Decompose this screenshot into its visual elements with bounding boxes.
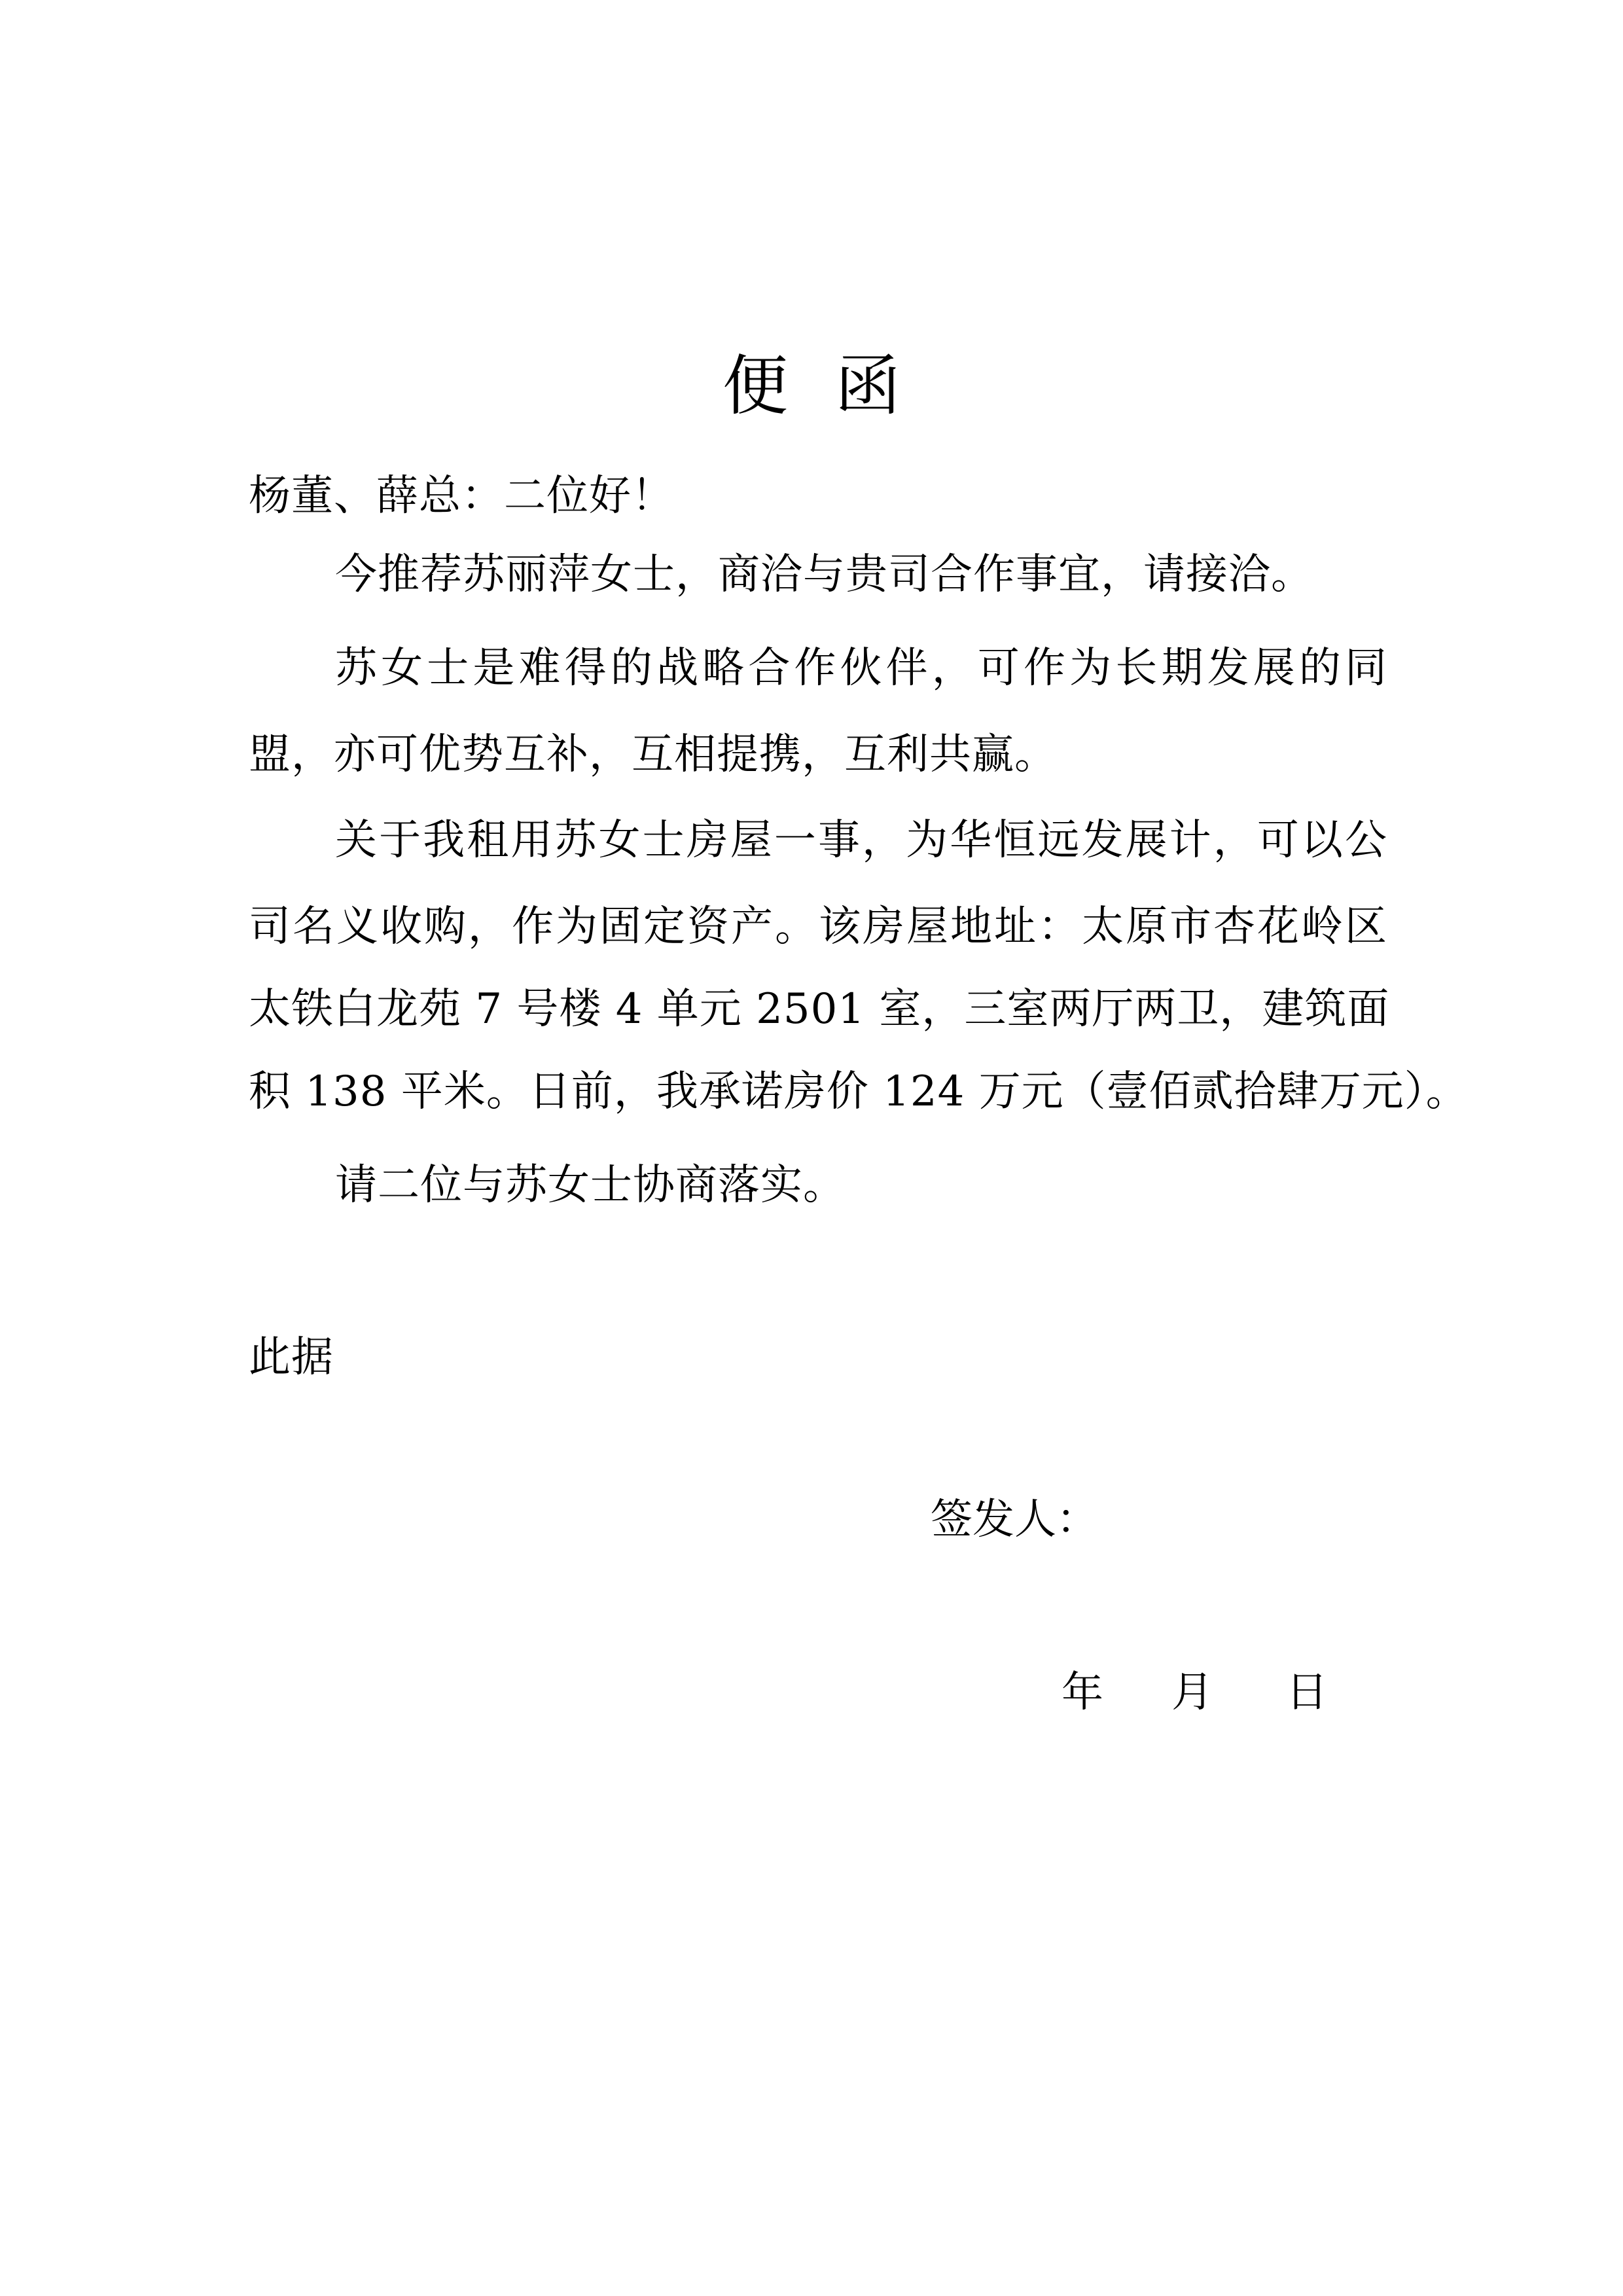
paragraph-3-line-3: 太铁白龙苑 7 号楼 4 单元 2501 室，三室两厅两卫，建筑面 [249,983,1387,1035]
date-year-label: 年 [1061,1666,1103,1719]
paragraph-3-line-4: 积 138 平米。日前，我承诺房价 124 万元（壹佰贰拾肆万元）。 [249,1066,1387,1118]
paragraph-2-line-2: 盟，亦可优势互补，互相提携，互利共赢。 [249,728,1387,781]
paragraph-3-line-2: 司名义收购，作为固定资产。该房屋地址：太原市杏花岭区 [249,901,1387,953]
letter-page: 便函 杨董、薛总：二位好！ 今推荐苏丽萍女士，商洽与贵司合作事宜，请接洽。 苏女… [0,0,1623,2296]
salutation: 杨董、薛总：二位好！ [249,470,1387,522]
paragraph-2-line-1: 苏女士是难得的战略合作伙伴，可作为长期发展的同 [335,642,1387,694]
date-day-label: 日 [1286,1666,1328,1719]
closing-text: 此据 [249,1331,1387,1384]
signer-label: 签发人： [931,1494,1098,1546]
paragraph-4-line-1: 请二位与苏女士协商落实。 [335,1159,1387,1211]
date-month-label: 月 [1171,1666,1213,1719]
paragraph-1-line-1: 今推荐苏丽萍女士，商洽与贵司合作事宜，请接洽。 [335,548,1387,601]
document-title: 便函 [0,347,1623,425]
paragraph-3-line-1: 关于我租用苏女士房屋一事，为华恒远发展计，可以公 [335,814,1387,867]
